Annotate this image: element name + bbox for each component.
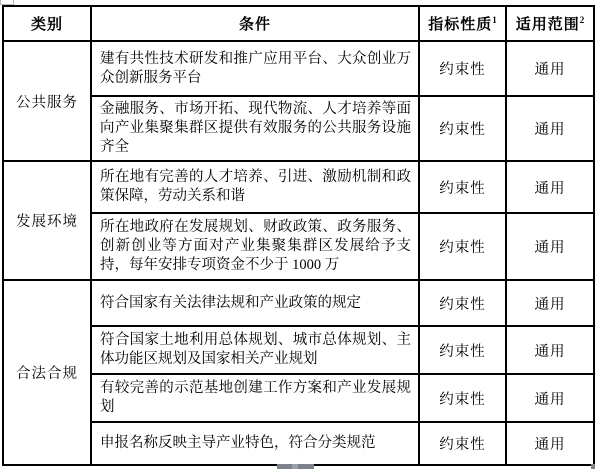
- header-indicator-nature: 指标性质1: [419, 6, 506, 41]
- table-row: 金融服务、市场开拓、现代物流、人才培养等面向产业集聚集群区提供有效服务的公共服务…: [3, 96, 594, 161]
- header-indicator-nature-footnote: 1: [492, 15, 497, 25]
- condition-cell: 符合国家有关法律法规和产业政策的规定: [91, 280, 419, 326]
- category-cell-legal-compliance: 合法合规: [3, 280, 91, 465]
- nature-cell: 约束性: [419, 161, 506, 213]
- table-row: 申报名称反映主导产业特色，符合分类规范 约束性 通用: [3, 422, 594, 465]
- condition-cell: 所在地政府在发展规划、财政政策、政务服务、创新创业等方面对产业集聚集群区发展给予…: [91, 213, 419, 280]
- nature-cell: 约束性: [419, 96, 506, 161]
- table-row: 符合国家土地利用总体规划、城市总体规划、主体功能区规划及国家相关产业规划 约束性…: [3, 326, 594, 374]
- horizontal-scrollbar-thumb[interactable]: [277, 464, 314, 469]
- condition-cell: 有较完善的示范基地创建工作方案和产业发展规划: [91, 374, 419, 422]
- header-applicable-scope: 适用范围2: [506, 6, 594, 41]
- header-condition: 条件: [91, 6, 419, 41]
- scope-cell: 通用: [506, 213, 594, 280]
- condition-cell: 符合国家土地利用总体规划、城市总体规划、主体功能区规划及国家相关产业规划: [91, 326, 419, 374]
- nature-cell: 约束性: [419, 280, 506, 326]
- nature-cell: 约束性: [419, 374, 506, 422]
- scope-cell: 通用: [506, 280, 594, 326]
- scrollbar-corner: [591, 464, 595, 469]
- condition-cell: 建有共性技术研发和推广应用平台、大众创业万众创新服务平台: [91, 41, 419, 96]
- header-applicable-scope-footnote: 2: [580, 15, 585, 25]
- table-row: 有较完善的示范基地创建工作方案和产业发展规划 约束性 通用: [3, 374, 594, 422]
- nature-cell: 约束性: [419, 326, 506, 374]
- category-cell-development-environment: 发展环境: [3, 161, 91, 280]
- table-row: 所在地政府在发展规划、财政政策、政务服务、创新创业等方面对产业集聚集群区发展给予…: [3, 213, 594, 280]
- table-row: 合法合规 符合国家有关法律法规和产业政策的规定 约束性 通用: [3, 280, 594, 326]
- nature-cell: 约束性: [419, 41, 506, 96]
- scope-cell: 通用: [506, 374, 594, 422]
- header-category: 类别: [3, 6, 91, 41]
- scope-cell: 通用: [506, 422, 594, 465]
- criteria-table: 类别 条件 指标性质1 适用范围2 公共服务 建有共性技术研发和推广应用平台、大…: [2, 5, 595, 466]
- scrollbar-thumb-notch: [292, 464, 298, 469]
- table-row: 发展环境 所在地有完善的人才培养、引进、激励机制和政策保障，劳动关系和谐 约束性…: [3, 161, 594, 213]
- table-header-row: 类别 条件 指标性质1 适用范围2: [3, 6, 594, 41]
- nature-cell: 约束性: [419, 213, 506, 280]
- table-row: 公共服务 建有共性技术研发和推广应用平台、大众创业万众创新服务平台 约束性 通用: [3, 41, 594, 96]
- category-cell-public-services: 公共服务: [3, 41, 91, 161]
- condition-cell: 申报名称反映主导产业特色，符合分类规范: [91, 422, 419, 465]
- nature-cell: 约束性: [419, 422, 506, 465]
- condition-cell: 所在地有完善的人才培养、引进、激励机制和政策保障，劳动关系和谐: [91, 161, 419, 213]
- condition-cell: 金融服务、市场开拓、现代物流、人才培养等面向产业集聚集群区提供有效服务的公共服务…: [91, 96, 419, 161]
- scope-cell: 通用: [506, 96, 594, 161]
- scope-cell: 通用: [506, 326, 594, 374]
- scope-cell: 通用: [506, 41, 594, 96]
- scope-cell: 通用: [506, 161, 594, 213]
